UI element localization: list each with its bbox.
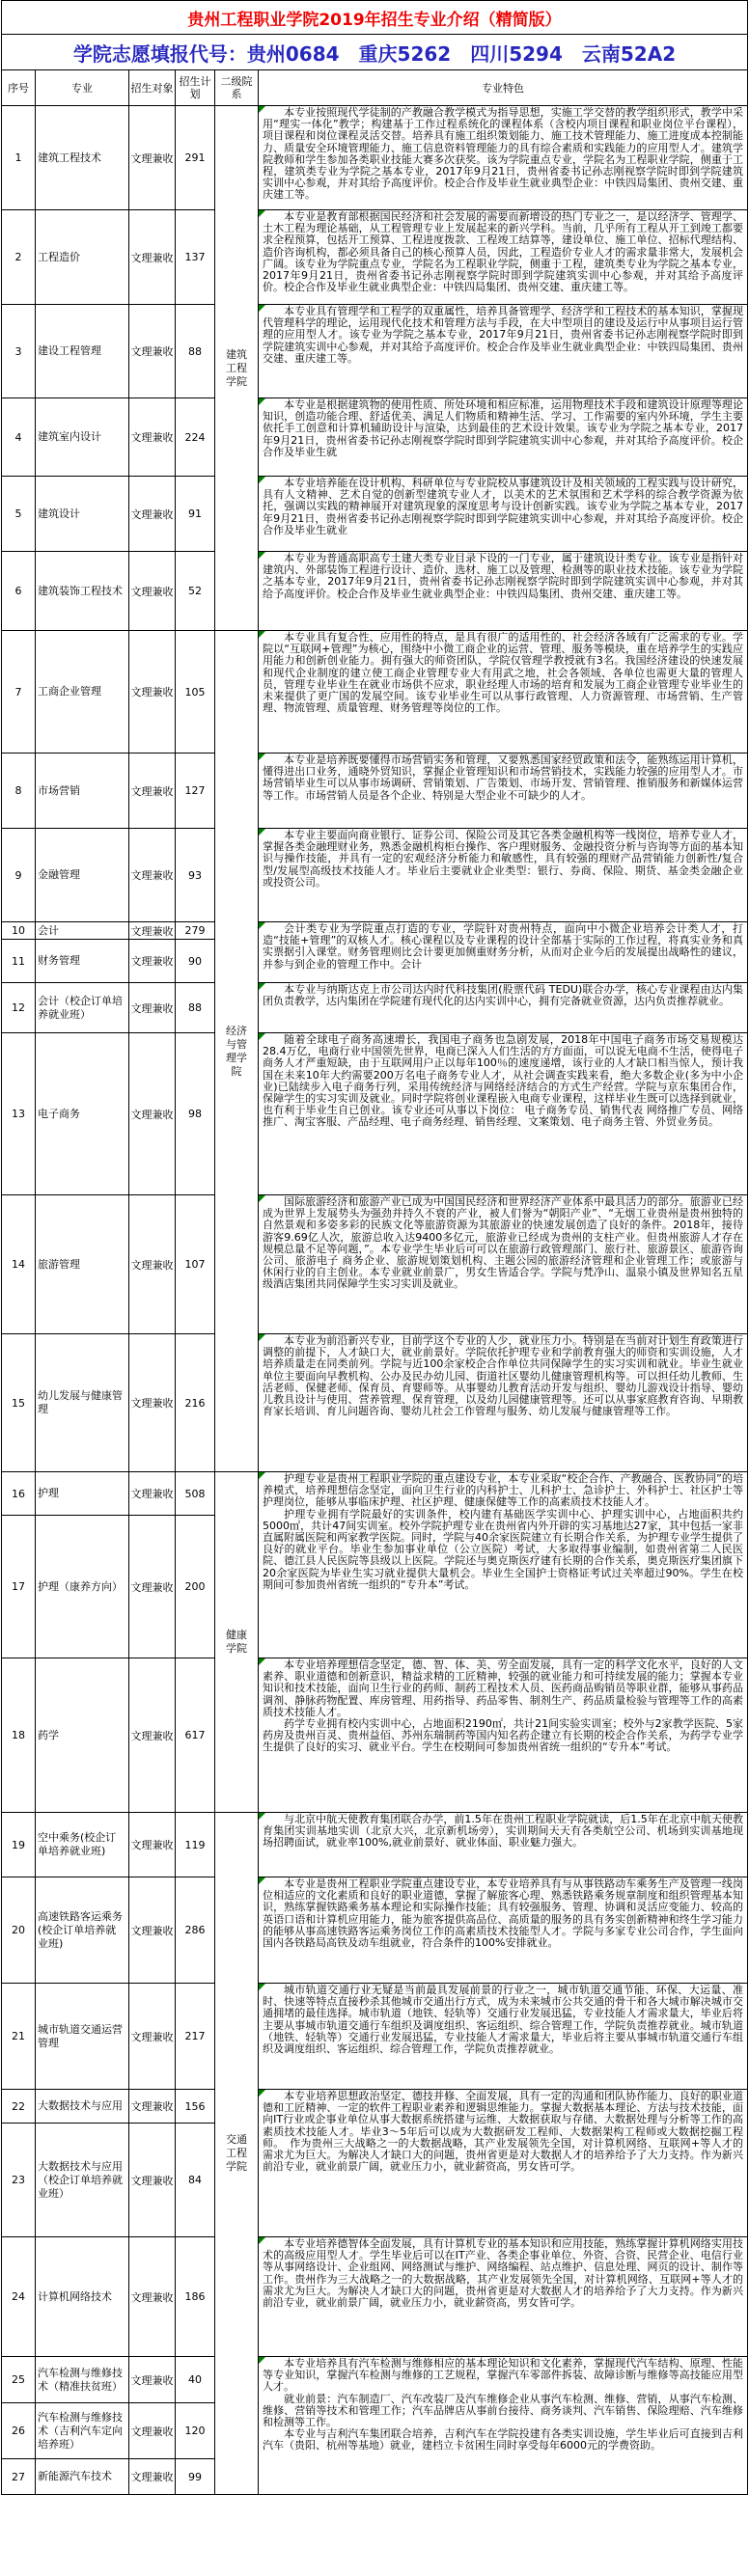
feature-paragraph: 本专业为前沿新兴专业，目前学这个专业的人少，就业压力小。特别是在当前对计划生育政… [263,1335,743,1417]
row-no: 16 [2,1472,36,1516]
feature-paragraph: 城市轨道交通行业无疑是当前最具发展前景的行业之一，城市轨道交通节能、环保、大运量… [263,1985,743,2055]
department-cell: 经济与管理学院 [215,631,259,1472]
comment-marker-icon [259,1033,265,1040]
enrollment-plan: 286 [176,1877,215,1984]
feature-paragraph: 药学专业拥有校内实训中心，占地面积2190㎡，共计21间实验实训室；校外与2家教… [263,1718,743,1754]
row-no: 1 [2,106,36,210]
enrollment-plan: 105 [176,631,215,754]
column-header-major: 专业 [36,70,129,106]
feature-cell: 本专业为普通高职高专土建大类专业目录下设的一门专业，属于建筑设计类专业。该专业是… [259,552,748,631]
admission-target: 文理兼收 [129,1516,176,1658]
row-no: 24 [2,2237,36,2357]
comment-marker-icon [259,2090,265,2096]
admission-target: 文理兼收 [129,631,176,754]
feature-cell: 本专业培养德智体全面发展，具有计算机专业的基本知识和应用技能，熟练掌握计算机网络… [259,2237,748,2357]
feature-cell: 本专业培养思想政治坚定、德技并修、全面发展，具有一定的沟通和团队协作能力、良好的… [259,2090,748,2237]
enrollment-plan: 98 [176,1033,215,1195]
feature-cell: 本专业是培养既要懂得市场营销实务和管理，又要熟悉国家经贸政策和法令，能熟练运用计… [259,754,748,829]
enrollment-plan: 279 [176,922,215,940]
feature-cell: 本专业培养能在设计机构、科研单位与专业院校从事建筑设计及相关领域的工程实践与设计… [259,477,748,552]
feature-paragraph: 本专业主要面向商业银行、证券公司、保险公司及其它各类金融机构等一线岗位，培养专业… [263,830,743,889]
table-row: 7工商企业管理文理兼收105经济与管理学院本专业具有复合性、应用性的特点，是具有… [2,631,748,754]
row-no: 3 [2,305,36,398]
enrollment-plan: 217 [176,1984,215,2090]
major-name: 大数据技术与应用（校企订单培养就业班） [36,2124,129,2237]
enrollment-plan: 40 [176,2357,215,2403]
column-header-target: 招生对象 [129,70,176,106]
major-name: 建筑室内设计 [36,398,129,477]
major-name: 护理 [36,1472,129,1516]
enrollment-plan: 93 [176,829,215,922]
major-name: 建筑工程技术 [36,106,129,210]
feature-paragraph: 本专业培养具有汽车检测与维修相应的基本理论知识和文化素养，掌握现代汽车结构、原理… [263,2358,743,2394]
feature-cell: 国际旅游经济和旅游产业已成为中国国民经济和世界经济产业体系中最具活力的部分。旅游… [259,1195,748,1334]
major-name: 工商企业管理 [36,631,129,754]
feature-paragraph: 本专业为普通高职高专土建大类专业目录下设的一门专业，属于建筑设计类专业。该专业是… [263,553,743,600]
row-no: 11 [2,940,36,983]
feature-cell: 本专业是根据建筑物的使用性质、所处环境和相应标准，运用物理技术手段和建筑设计原理… [259,398,748,477]
row-no: 8 [2,754,36,829]
department-cell: 交通工程学院 [215,1813,259,2495]
feature-cell: 本专业主要面向商业银行、证券公司、保险公司及其它各类金融机构等一线岗位，培养专业… [259,829,748,922]
comment-marker-icon [259,552,265,559]
feature-paragraph: 会计类专业为学院重点打造的专业，学院针对贵州特点，面向中小微企业培养会计类人才，… [263,923,743,971]
table-row: 6建筑装饰工程技术文理兼收52本专业为普通高职高专土建大类专业目录下设的一门专业… [2,552,748,631]
row-no: 10 [2,922,36,940]
row-no: 19 [2,1813,36,1877]
table-row: 2工程造价文理兼收137本专业是教育部根据国民经济和社会发展的需要而新增设的热门… [2,210,748,305]
feature-paragraph: 本专业具有复合性、应用性的特点，是具有很广的适用性的、社会经济各域有广泛需求的专… [263,632,743,714]
admission-target: 文理兼收 [129,1877,176,1984]
enrollment-plan: 291 [176,106,215,210]
major-name: 高速铁路客运乘务(校企订单培养就业班) [36,1877,129,1984]
comment-marker-icon [259,398,265,405]
admission-target: 文理兼收 [129,2237,176,2357]
table-row: 25汽车检测与维修技术（精准扶贫班）文理兼收40本专业培养具有汽车检测与维修相应… [2,2357,748,2403]
major-name: 城市轨道交通运营管理 [36,1984,129,2090]
feature-cell: 本专业是教育部根据国民经济和社会发展的需要而新增设的热门专业之一，是以经济学、管… [259,210,748,305]
admission-target: 文理兼收 [129,1658,176,1813]
enrollment-plan: 186 [176,2237,215,2357]
feature-cell: 本专业具有复合性、应用性的特点，是具有很广的适用性的、社会经济各域有广泛需求的专… [259,631,748,754]
feature-paragraph: 本专业培养理想信念坚定，德、智、体、美、劳全面发展，具有一定的科学文化水平，良好… [263,1659,743,1718]
enrollment-plan: 137 [176,210,215,305]
row-no: 14 [2,1195,36,1334]
admission-target: 文理兼收 [129,305,176,398]
major-name: 幼儿发展与健康管理 [36,1334,129,1472]
feature-cell: 随着全球电子商务高速增长，我国电子商务也急剧发展，2018年中国电子商务市场交易… [259,1033,748,1195]
comment-marker-icon [259,2357,265,2364]
comment-marker-icon [259,1813,265,1820]
major-name: 汽车检测与维修技术（精准扶贫班） [36,2357,129,2403]
admission-target: 文理兼收 [129,398,176,477]
table-row: 1建筑工程技术文理兼收291建筑工程学院本专业按照现代学徒制的产教融合教学模式为… [2,106,748,210]
page-title: 贵州工程职业学院2019年招生专业介绍（精简版） [2,1,748,35]
enrollment-plan: 200 [176,1516,215,1658]
table-row: 20高速铁路客运乘务(校企订单培养就业班)文理兼收286本专业是贵州工程职业学院… [2,1877,748,1984]
feature-paragraph: 护理专业是贵州工程职业学院的重点建设专业，本专业采取“校企合作、产教融合、医教协… [263,1473,743,1509]
feature-paragraph: 本专业具有管理学和工程学的双重属性，培养具备管理学、经济学和工程技术的基本知识，… [263,306,743,365]
department-cell: 建筑工程学院 [215,106,259,631]
feature-cell: 本专业与纳斯达克上市公司达内时代科技集团(股票代码 TEDU)联合办学，核心专业… [259,983,748,1033]
feature-cell: 与北京中航天使教育集团联合办学，前1.5年在贵州工程职业学院就读，后1.5年在北… [259,1813,748,1877]
admission-target: 文理兼收 [129,983,176,1033]
feature-paragraph: 本专业是根据建筑物的使用性质、所处环境和相应标准，运用物理技术手段和建筑设计原理… [263,399,743,458]
row-no: 26 [2,2403,36,2459]
enrollment-plan: 99 [176,2459,215,2495]
enrollment-plan: 156 [176,2090,215,2124]
table-row: 15幼儿发展与健康管理文理兼收216本专业为前沿新兴专业，目前学这个专业的人少，… [2,1334,748,1472]
enrollment-plan: 84 [176,2124,215,2237]
comment-marker-icon [259,631,265,638]
admission-target: 文理兼收 [129,2357,176,2403]
feature-cell: 本专业培养具有汽车检测与维修相应的基本理论知识和文化素养，掌握现代汽车结构、原理… [259,2357,748,2495]
column-header-plan: 招生计划 [176,70,215,106]
enrollment-plan: 617 [176,1658,215,1813]
column-header-department: 二级院系 [215,70,259,106]
major-name: 护理（康养方向） [36,1516,129,1658]
feature-cell: 本专业是贵州工程职业学院重点建设专业，本专业培养具有与从事铁路动车乘务生产及管理… [259,1877,748,1984]
row-no: 15 [2,1334,36,1472]
comment-marker-icon [259,1472,265,1479]
table-row: 12会计（校企订单培养就业班）文理兼收88本专业与纳斯达克上市公司达内时代科技集… [2,983,748,1033]
comment-marker-icon [259,1658,265,1665]
admission-target: 文理兼收 [129,1033,176,1195]
table-row: 16护理文理兼收508健康学院护理专业是贵州工程职业学院的重点建设专业，本专业采… [2,1472,748,1516]
enrollment-plan: 224 [176,398,215,477]
admission-target: 文理兼收 [129,1195,176,1334]
admission-target: 文理兼收 [129,2124,176,2237]
row-no: 5 [2,477,36,552]
row-no: 12 [2,983,36,1033]
feature-paragraph: 本专业是贵州工程职业学院重点建设专业，本专业培养具有与从事铁路动车乘务生产及管理… [263,1878,743,1949]
comment-marker-icon [259,210,265,217]
column-header-no: 序号 [2,70,36,106]
admission-target: 文理兼收 [129,829,176,922]
feature-cell: 本专业按照现代学徒制的产教融合教学模式为指导思想，实施工学交替的教学组织形式，教… [259,106,748,210]
feature-paragraph: 本专业是教育部根据国民经济和社会发展的需要而新增设的热门专业之一，是以经济学、管… [263,211,743,293]
enrollment-plan: 91 [176,477,215,552]
feature-paragraph: 护理专业拥有学院最好的实训条件，校内建有基础医学实训中心、护理实训中心，占地面积… [263,1509,743,1591]
feature-paragraph: 本专业按照现代学徒制的产教融合教学模式为指导思想，实施工学交替的教学组织形式，教… [263,107,743,202]
comment-marker-icon [259,1334,265,1341]
comment-marker-icon [259,106,265,113]
feature-paragraph: 本专业是培养既要懂得市场营销实务和管理，又要熟悉国家经贸政策和法令，能熟练运用计… [263,754,743,802]
major-name: 工程造价 [36,210,129,305]
admission-target: 文理兼收 [129,754,176,829]
enrollment-plan: 127 [176,754,215,829]
row-no: 21 [2,1984,36,2090]
row-no: 7 [2,631,36,754]
table-row: 8市场营销文理兼收127本专业是培养既要懂得市场营销实务和管理，又要熟悉国家经贸… [2,754,748,829]
row-no: 27 [2,2459,36,2495]
admission-target: 文理兼收 [129,1334,176,1472]
major-name: 空中乘务(校企订单培养就业班) [36,1813,129,1877]
enrollment-plan: 120 [176,2403,215,2459]
table-row: 24计算机网络技术文理兼收186本专业培养德智体全面发展，具有计算机专业的基本知… [2,2237,748,2357]
feature-paragraph: 本专业与纳斯达克上市公司达内时代科技集团(股票代码 TEDU)联合办学，核心专业… [263,984,743,1007]
enrollment-plan: 88 [176,983,215,1033]
feature-paragraph: 国际旅游经济和旅游产业已成为中国国民经济和世界经济产业体系中最具活力的部分。旅游… [263,1196,743,1291]
enrollment-plan: 52 [176,552,215,631]
major-name: 财务管理 [36,940,129,983]
major-name: 建筑装饰工程技术 [36,552,129,631]
comment-marker-icon [259,2237,265,2244]
row-no: 4 [2,398,36,477]
row-no: 20 [2,1877,36,1984]
table-row: 4建筑室内设计文理兼收224本专业是根据建筑物的使用性质、所处环境和相应标准，运… [2,398,748,477]
table-row: 19空中乘务(校企订单培养就业班)文理兼收119交通工程学院与北京中航天使教育集… [2,1813,748,1877]
feature-paragraph: 本专业培养能在设计机构、科研单位与专业院校从事建筑设计及相关领域的工程实践与设计… [263,478,743,536]
major-name: 大数据技术与应用 [36,2090,129,2124]
admission-target: 文理兼收 [129,1472,176,1516]
comment-marker-icon [259,1877,265,1884]
department-cell: 健康学院 [215,1472,259,1813]
feature-paragraph: 随着全球电子商务高速增长，我国电子商务也急剧发展，2018年中国电子商务市场交易… [263,1034,743,1129]
admissions-table: 贵州工程职业学院2019年招生专业介绍（精简版） 学院志愿填报代号：贵州0684… [1,0,748,2495]
enrollment-plan: 90 [176,940,215,983]
admission-target: 文理兼收 [129,2090,176,2124]
enrollment-plan: 88 [176,305,215,398]
feature-paragraph: 本专业培养德智体全面发展，具有计算机专业的基本知识和应用技能，熟练掌握计算机网络… [263,2238,743,2309]
application-code-line: 学院志愿填报代号：贵州0684 重庆5262 四川5294 云南52A2 [2,35,748,70]
row-no: 25 [2,2357,36,2403]
admission-target: 文理兼收 [129,1984,176,2090]
row-no: 22 [2,2090,36,2124]
comment-marker-icon [259,983,265,990]
major-name: 药学 [36,1658,129,1813]
feature-cell: 本专业为前沿新兴专业，目前学这个专业的人少，就业压力小。特别是在当前对计划生育政… [259,1334,748,1472]
major-name: 新能源汽车技术 [36,2459,129,2495]
row-no: 23 [2,2124,36,2237]
feature-paragraph: 本专业培养思想政治坚定、德技并修、全面发展，具有一定的沟通和团队协作能力、良好的… [263,2091,743,2173]
feature-paragraph: 与北京中航天使教育集团联合办学，前1.5年在贵州工程职业学院就读，后1.5年在北… [263,1814,743,1850]
major-name: 市场营销 [36,754,129,829]
table-header-row: 序号 专业 招生对象 招生计划 二级院系 专业特色 [2,70,748,106]
table-row: 3建设工程管理文理兼收88本专业具有管理学和工程学的双重属性，培养具备管理学、经… [2,305,748,398]
table-row: 21城市轨道交通运营管理文理兼收217城市轨道交通行业无疑是当前最具发展前景的行… [2,1984,748,2090]
row-no: 18 [2,1658,36,1813]
major-name: 建筑设计 [36,477,129,552]
enrollment-plan: 107 [176,1195,215,1334]
major-name: 会计（校企订单培养就业班） [36,983,129,1033]
admission-target: 文理兼收 [129,2459,176,2495]
feature-cell: 会计类专业为学院重点打造的专业，学院针对贵州特点，面向中小微企业培养会计类人才，… [259,922,748,983]
row-no: 2 [2,210,36,305]
admission-target: 文理兼收 [129,922,176,940]
admission-target: 文理兼收 [129,210,176,305]
table-row: 14旅游管理文理兼收107国际旅游经济和旅游产业已成为中国国民经济和世界经济产业… [2,1195,748,1334]
feature-paragraph: 本专业与吉利汽车集团联合培养，吉利汽车在学院投建有各类实训设施，学生毕业后可直接… [263,2428,743,2452]
comment-marker-icon [259,829,265,836]
feature-cell: 城市轨道交通行业无疑是当前最具发展前景的行业之一，城市轨道交通节能、环保、大运量… [259,1984,748,2090]
row-no: 17 [2,1516,36,1658]
admission-target: 文理兼收 [129,2403,176,2459]
comment-marker-icon [259,305,265,312]
major-name: 建设工程管理 [36,305,129,398]
table-row: 9金融管理文理兼收93本专业主要面向商业银行、证券公司、保险公司及其它各类金融机… [2,829,748,922]
admission-target: 文理兼收 [129,940,176,983]
comment-marker-icon [259,477,265,483]
admission-target: 文理兼收 [129,477,176,552]
comment-marker-icon [259,922,265,929]
column-header-feature: 专业特色 [259,70,748,106]
table-row: 18药学文理兼收617本专业培养理想信念坚定，德、智、体、美、劳全面发展，具有一… [2,1658,748,1813]
admission-target: 文理兼收 [129,1813,176,1877]
row-no: 6 [2,552,36,631]
admission-target: 文理兼收 [129,106,176,210]
comment-marker-icon [259,1984,265,1990]
feature-cell: 本专业培养理想信念坚定，德、智、体、美、劳全面发展，具有一定的科学文化水平，良好… [259,1658,748,1813]
table-row: 5建筑设计文理兼收91本专业培养能在设计机构、科研单位与专业院校从事建筑设计及相… [2,477,748,552]
major-name: 旅游管理 [36,1195,129,1334]
row-no: 9 [2,829,36,922]
comment-marker-icon [259,754,265,760]
enrollment-plan: 508 [176,1472,215,1516]
table-row: 22大数据技术与应用文理兼收156本专业培养思想政治坚定、德技并修、全面发展，具… [2,2090,748,2124]
comment-marker-icon [259,1195,265,1202]
table-row: 13电子商务文理兼收98随着全球电子商务高速增长，我国电子商务也急剧发展，201… [2,1033,748,1195]
major-name: 电子商务 [36,1033,129,1195]
major-name: 金融管理 [36,829,129,922]
enrollment-plan: 119 [176,1813,215,1877]
admissions-table-page: 贵州工程职业学院2019年招生专业介绍（精简版） 学院志愿填报代号：贵州0684… [0,0,749,2495]
feature-paragraph: 就业前景：汽车制造厂、汽车改装厂及汽车维修企业从事汽车检测、维修、营销，从事汽车… [263,2394,743,2429]
feature-cell: 本专业具有管理学和工程学的双重属性，培养具备管理学、经济学和工程技术的基本知识，… [259,305,748,398]
major-name: 汽车检测与维修技术（吉利汽车定向培养班） [36,2403,129,2459]
major-name: 会计 [36,922,129,940]
table-row: 10会计文理兼收279会计类专业为学院重点打造的专业，学院针对贵州特点，面向中小… [2,922,748,940]
enrollment-plan: 216 [176,1334,215,1472]
feature-cell: 护理专业是贵州工程职业学院的重点建设专业，本专业采取“校企合作、产教融合、医教协… [259,1472,748,1658]
row-no: 13 [2,1033,36,1195]
admission-target: 文理兼收 [129,552,176,631]
major-name: 计算机网络技术 [36,2237,129,2357]
